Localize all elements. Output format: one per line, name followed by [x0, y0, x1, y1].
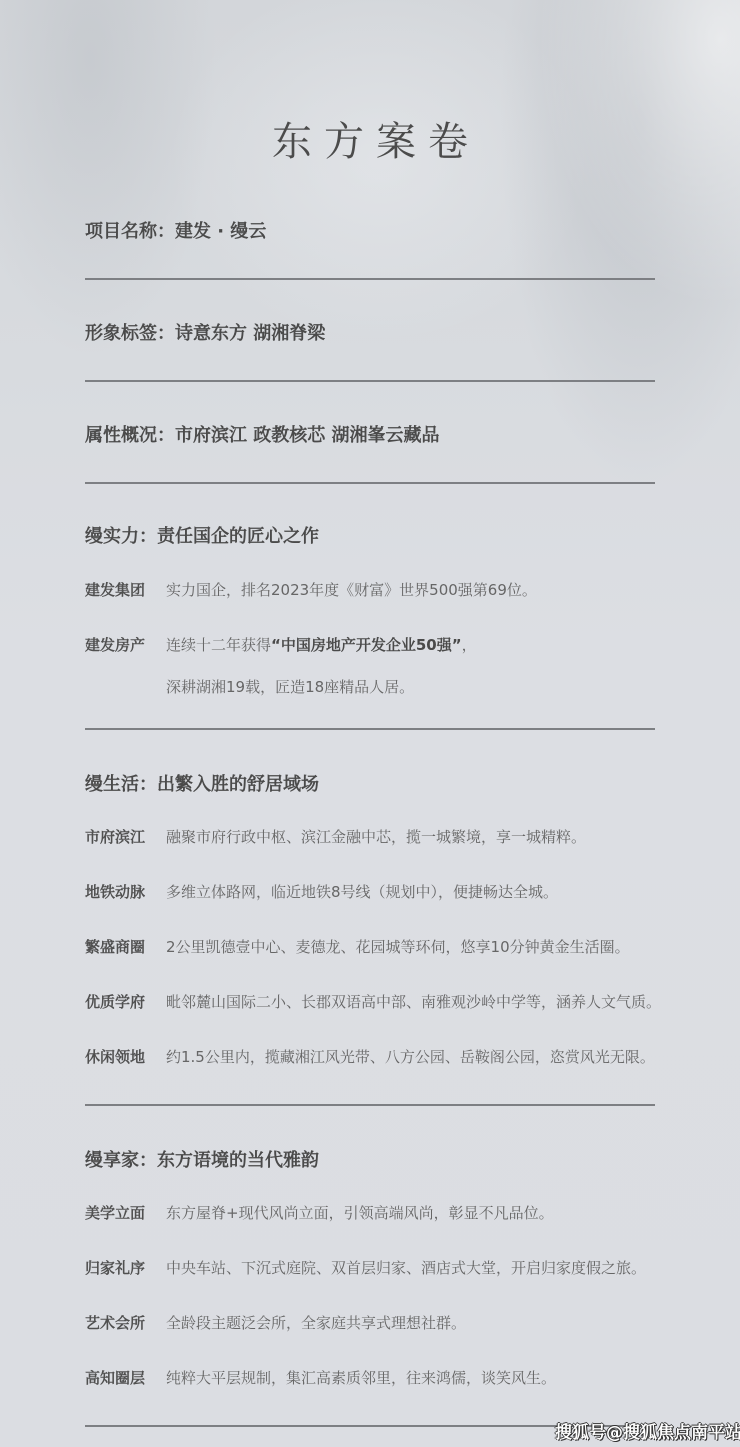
row-value: 全龄段主题泛会所，全家庭共享式理想社群。: [166, 1313, 466, 1333]
row-key: 市府滨江: [85, 827, 165, 847]
row-value: 实力国企，排名2023年度《财富》世界500强第69位。: [166, 580, 537, 600]
row-key: 繁盛商圈: [85, 937, 165, 957]
row-value: 融聚市府行政中枢、滨江金融中芯，揽一城繁境，享一城精粹。: [166, 827, 586, 847]
row-value: 中央车站、下沉式庭院、双首层归家、酒店式大堂，开启归家度假之旅。: [166, 1258, 646, 1278]
row-value-line2: 深耕湖湘19载，匠造18座精品人居。: [166, 677, 414, 697]
row-key: 建发集团: [85, 580, 165, 600]
row-value: 东方屋脊+现代风尚立面，引领高端风尚，彰显不凡品位。: [166, 1203, 554, 1223]
watermark: 搜狐号@搜狐焦点南平站: [555, 1418, 740, 1443]
row-value: 多维立体路网，临近地铁8号线（规划中），便捷畅达全城。: [166, 882, 558, 902]
row-value: 约1.5公里内，揽藏湘江风光带、八方公园、岳鞍阁公园，恣赏风光无限。: [166, 1047, 655, 1067]
row-value-highlight: “中国房地产开发企业50强”: [271, 636, 462, 654]
divider: [85, 380, 655, 382]
row-key: 高知圈层: [85, 1368, 165, 1388]
row-value-post: ，: [462, 636, 477, 654]
row-value: 纯粹大平层规制，集汇高素质邻里，往来鸿儒，谈笑风生。: [166, 1368, 556, 1388]
divider: [85, 278, 655, 280]
row-key: 地铁动脉: [85, 882, 165, 902]
project-name: 项目名称：建发 · 缦云: [85, 217, 266, 243]
row-value: 毗邻麓山国际二小、长郡双语高中部、南雅观沙岭中学等，涵养人文气质。: [166, 992, 661, 1012]
section-title-life: 缦生活：出繁入胜的舒居域场: [85, 770, 319, 796]
row-key: 建发房产: [85, 635, 165, 655]
section-title-home: 缦享家：东方语境的当代雅韵: [85, 1146, 319, 1172]
row-key: 优质学府: [85, 992, 165, 1012]
row-key: 休闲领地: [85, 1047, 165, 1067]
row-key: 美学立面: [85, 1203, 165, 1223]
section-title-strength: 缦实力：责任国企的匠心之作: [85, 522, 319, 548]
divider: [85, 728, 655, 730]
row-value: 连续十二年获得“中国房地产开发企业50强”，: [166, 635, 477, 655]
row-key: 艺术会所: [85, 1313, 165, 1333]
row-key: 归家礼序: [85, 1258, 165, 1278]
row-value-pre: 连续十二年获得: [166, 636, 271, 654]
row-value: 2公里凯德壹中心、麦德龙、花园城等环伺，悠享10分钟黄金生活圈。: [166, 937, 630, 957]
divider: [85, 1104, 655, 1106]
page-title: 东方案卷: [0, 110, 740, 167]
attributes-overview: 属性概况：市府滨江 政教核芯 湖湘峯云藏品: [85, 421, 440, 447]
divider: [85, 482, 655, 484]
image-tags: 形象标签：诗意东方 湖湘脊梁: [85, 319, 325, 345]
